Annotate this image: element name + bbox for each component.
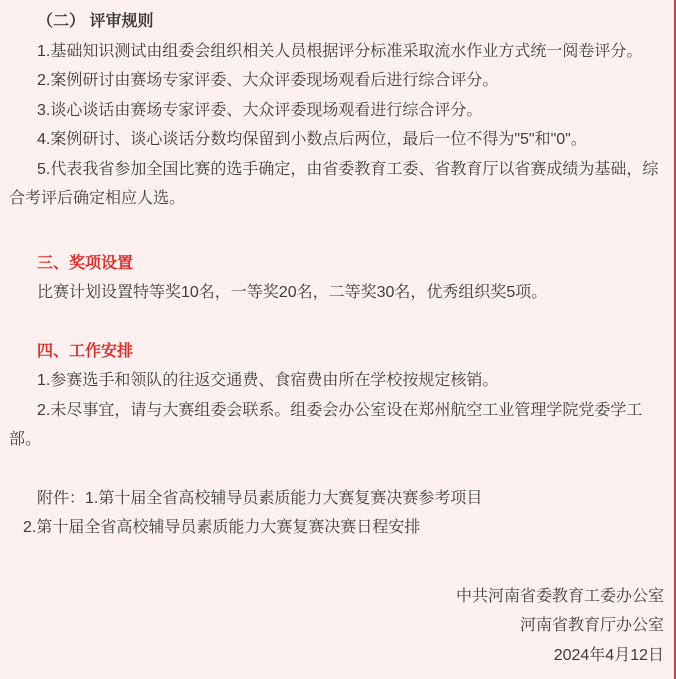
signature-date: 2024年4月12日 [9,641,664,671]
review-rules-heading: （二） 评审规则 [9,7,664,37]
signature-org-1: 中共河南省委教育工委办公室 [9,582,664,612]
work-arrangement-heading: 四、工作安排 [9,337,664,367]
attachment-line-1: 附件：1.第十届全省高校辅导员素质能力大赛复赛决赛参考项目 [9,484,664,514]
section-work-arrangement: 四、工作安排 1.参赛选手和领队的往返交通费、食宿费由所在学校按规定核销。 2.… [9,337,664,455]
review-rule-item-1: 1.基础知识测试由组委会组织相关人员根据评分标准采取流水作业方式统一阅卷评分。 [9,37,664,67]
section-awards: 三、奖项设置 比赛计划设置特等奖10名，一等奖20名，二等奖30名，优秀组织奖5… [9,249,664,308]
awards-body: 比赛计划设置特等奖10名，一等奖20名，二等奖30名，优秀组织奖5项。 [9,278,664,308]
review-rule-item-3: 3.谈心谈话由赛场专家评委、大众评委现场观看进行综合评分。 [9,96,664,126]
signature-block: 中共河南省委教育工委办公室 河南省教育厅办公室 2024年4月12日 [9,582,664,671]
section-review-rules: （二） 评审规则 1.基础知识测试由组委会组织相关人员根据评分标准采取流水作业方… [9,7,664,214]
attachments-block: 附件：1.第十届全省高校辅导员素质能力大赛复赛决赛参考项目 2.第十届全省高校辅… [9,484,664,543]
document-page: （二） 评审规则 1.基础知识测试由组委会组织相关人员根据评分标准采取流水作业方… [0,0,676,679]
review-rule-item-5: 5.代表我省参加全国比赛的选手确定，由省委教育工委、省教育厅以省赛成绩为基础，综… [9,155,664,214]
review-rule-item-4: 4.案例研讨、谈心谈话分数均保留到小数点后两位，最后一位不得为"5"和"0"。 [9,125,664,155]
awards-heading: 三、奖项设置 [9,249,664,279]
work-item-2: 2.未尽事宜，请与大赛组委会联系。组委会办公室设在郑州航空工业管理学院党委学工 … [9,396,664,455]
work-item-1: 1.参赛选手和领队的往返交通费、食宿费由所在学校按规定核销。 [9,366,664,396]
attachment-line-2: 2.第十届全省高校辅导员素质能力大赛复赛决赛日程安排 [9,513,664,543]
signature-org-2: 河南省教育厅办公室 [9,611,664,641]
review-rule-item-2: 2.案例研讨由赛场专家评委、大众评委现场观看后进行综合评分。 [9,66,664,96]
